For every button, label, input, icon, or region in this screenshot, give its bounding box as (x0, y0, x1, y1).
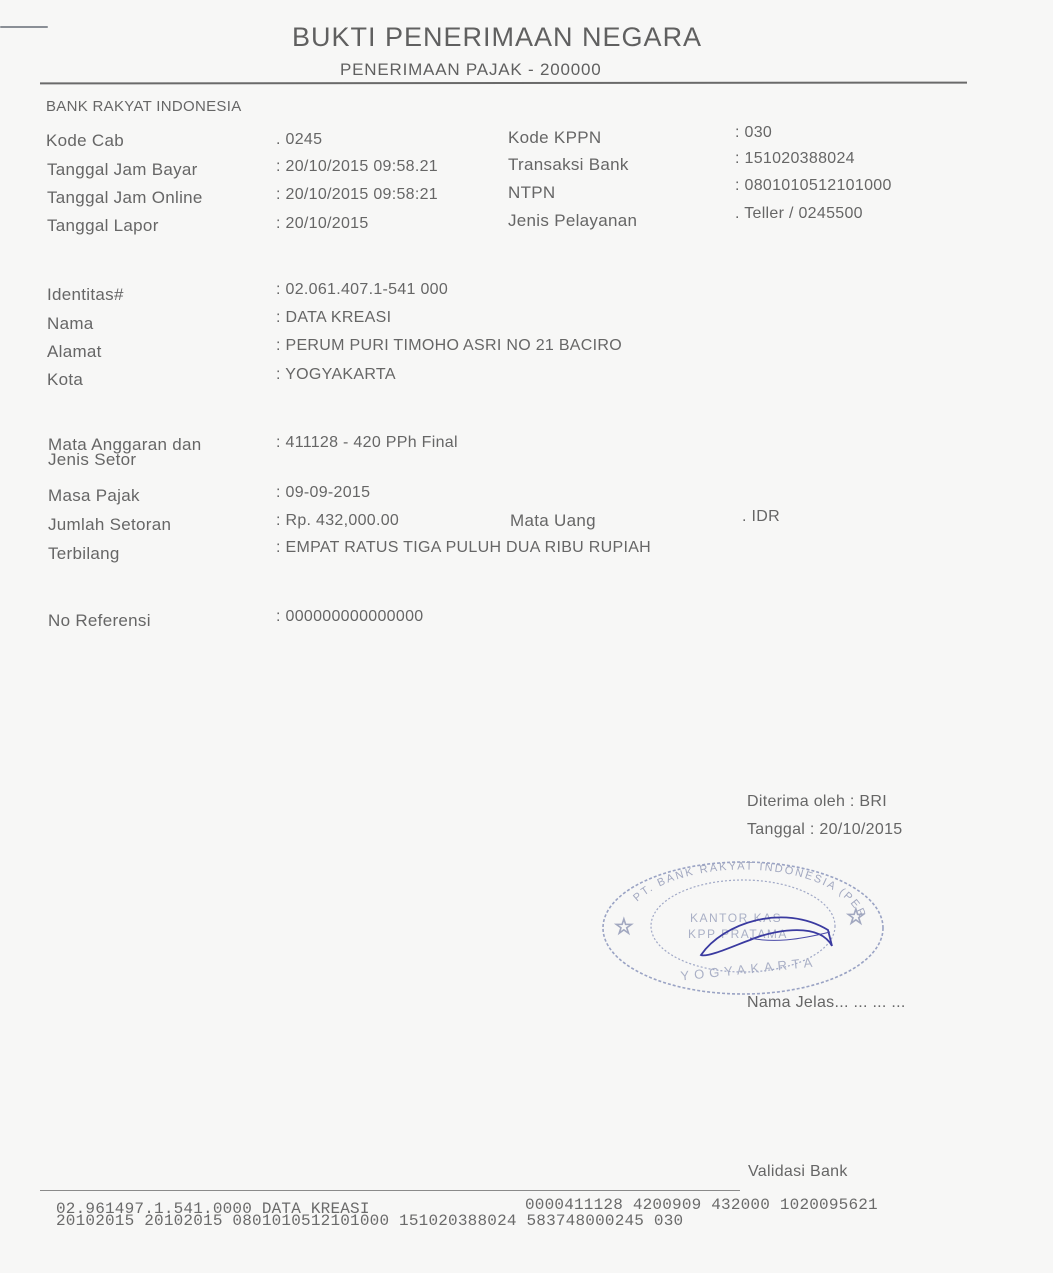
bank-name: BANK RAKYAT INDONESIA (46, 98, 242, 115)
transaksi-bank-value: : 151020388024 (735, 150, 855, 168)
nama-value: : DATA KREASI (276, 309, 391, 327)
tanggal-lapor-label: Tanggal Lapor (47, 216, 159, 236)
stamp-seal-icon: PT. BANK RAKYAT INDONESIA (PERSERO) ☆ ☆ … (598, 848, 888, 998)
svg-text:☆: ☆ (846, 904, 866, 929)
no-referensi-label: No Referensi (48, 611, 151, 631)
validasi-bank-label: Validasi Bank (748, 1163, 848, 1181)
tanggal-jam-bayar-label: Tanggal Jam Bayar (47, 160, 198, 180)
kode-cab-label: Kode Cab (46, 131, 124, 151)
scan-artifact-mark (0, 26, 48, 28)
jenis-pelayanan-label: Jenis Pelayanan (508, 211, 637, 231)
identitas-value: : 02.061.407.1-541 000 (276, 281, 448, 299)
mata-anggaran-label: Mata Anggaran dan Jenis Setor (48, 437, 202, 467)
tanggal-jam-online-value: : 20/10/2015 09:58:21 (276, 186, 438, 204)
masa-pajak-value: : 09-09-2015 (276, 484, 370, 502)
ntpn-value: : 0801010512101000 (735, 177, 892, 195)
transaksi-bank-label: Transaksi Bank (508, 155, 629, 175)
terbilang-value: : EMPAT RATUS TIGA PULUH DUA RIBU RUPIAH (276, 539, 651, 557)
kota-label: Kota (47, 370, 83, 390)
mata-anggaran-value: : 411128 - 420 PPh Final (276, 434, 458, 452)
jumlah-setoran-value: : Rp. 432,000.00 (276, 512, 399, 530)
kode-kppn-value: : 030 (735, 124, 772, 142)
ntpn-label: NTPN (508, 183, 555, 203)
document-subtitle: PENERIMAAN PAJAK - 200000 (340, 60, 602, 80)
validation-divider (40, 1190, 740, 1191)
mata-uang-value: . IDR (742, 508, 780, 526)
svg-text:PT. BANK RAKYAT INDONESIA (PER: PT. BANK RAKYAT INDONESIA (PERSERO) (598, 848, 868, 920)
kode-cab-value: . 0245 (276, 131, 322, 149)
stamp-city: YOGYAKARTA (680, 954, 818, 983)
nama-jelas: Nama Jelas... ... ... ... (747, 994, 906, 1012)
jumlah-setoran-label: Jumlah Setoran (48, 515, 171, 535)
svg-text:☆: ☆ (614, 914, 634, 939)
kota-value: : YOGYAKARTA (276, 366, 396, 384)
document-title: BUKTI PENERIMAAN NEGARA (292, 22, 702, 53)
stamp-inner-line-2: KPP PRATAMA (688, 927, 788, 941)
bank-stamp: PT. BANK RAKYAT INDONESIA (PERSERO) ☆ ☆ … (598, 848, 888, 998)
tanggal-lapor-value: : 20/10/2015 (276, 215, 369, 233)
tanggal-jam-online-label: Tanggal Jam Online (47, 188, 203, 208)
no-referensi-value: : 000000000000000 (276, 608, 423, 626)
validation-line-2: 20102015 20102015 0801010512101000 15102… (56, 1212, 683, 1230)
terbilang-label: Terbilang (48, 544, 120, 564)
jenis-pelayanan-value: . Teller / 0245500 (735, 205, 863, 223)
tanggal-jam-bayar-value: : 20/10/2015 09:58.21 (276, 158, 438, 176)
mata-uang-label: Mata Uang (510, 511, 596, 531)
alamat-label: Alamat (47, 342, 102, 362)
alamat-value: : PERUM PURI TIMOHO ASRI NO 21 BACIRO (276, 337, 622, 355)
diterima-oleh: Diterima oleh : BRI (747, 793, 887, 811)
identitas-label: Identitas# (47, 285, 124, 305)
header-divider (40, 82, 967, 85)
mata-anggaran-label-line-2: Jenis Setor (48, 452, 202, 467)
nama-label: Nama (47, 314, 94, 334)
tanggal-diterima: Tanggal : 20/10/2015 (747, 821, 902, 839)
masa-pajak-label: Masa Pajak (48, 486, 140, 506)
stamp-outer-text: PT. BANK RAKYAT INDONESIA (PERSERO) (598, 848, 868, 920)
kode-kppn-label: Kode KPPN (508, 128, 601, 148)
